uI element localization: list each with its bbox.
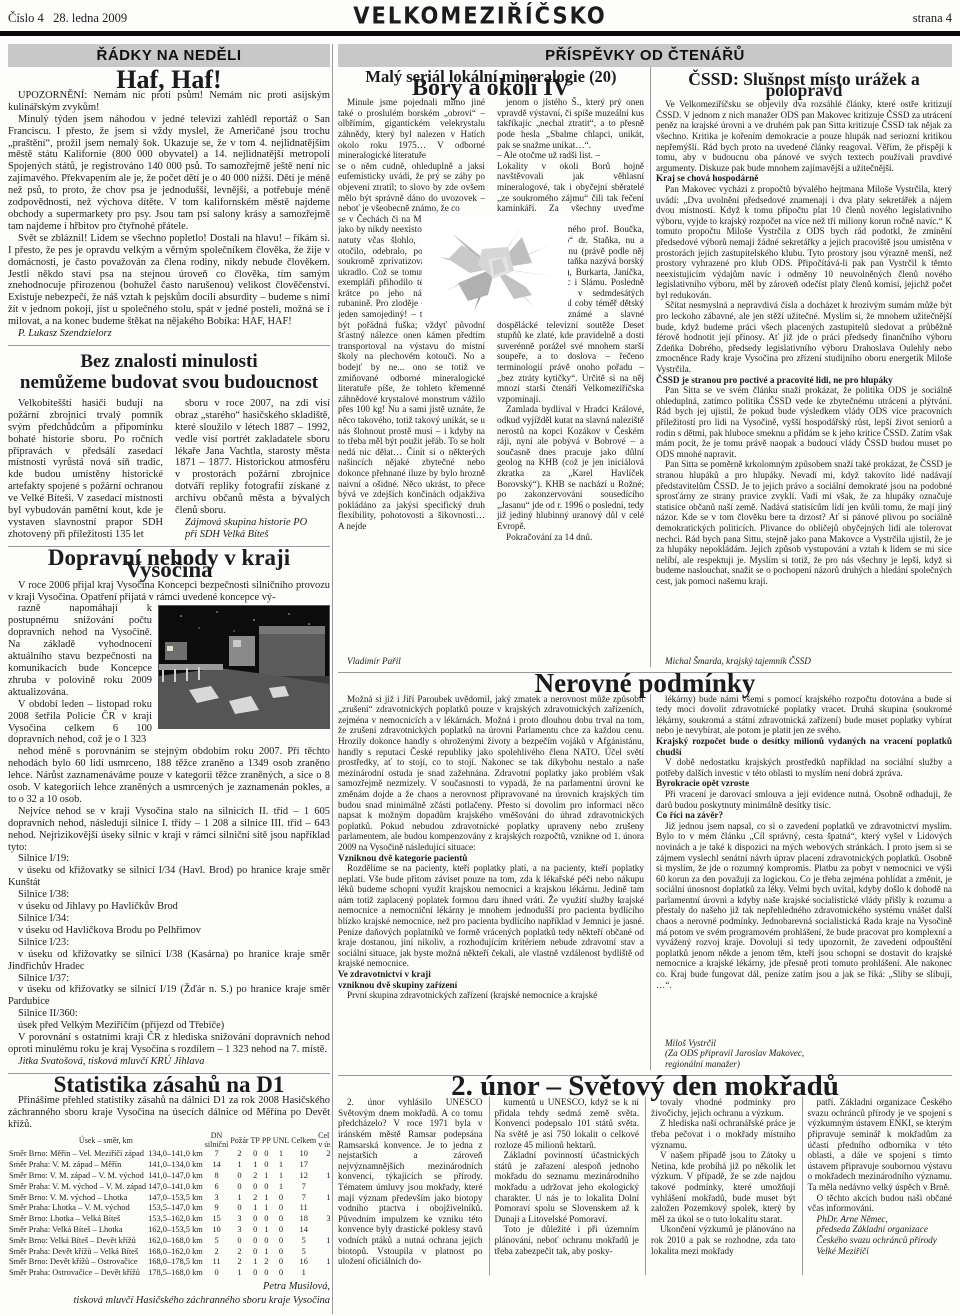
table-row: Směr Brno: V. M. východ – Lhotka147,0–15… <box>8 1193 330 1204</box>
article-cssd-signature: Michal Šmarda, krajský tajemník ČSSD <box>656 656 952 667</box>
table-cell: 1 <box>229 1160 249 1171</box>
cssd-p2: Pan Makovec vychází z propočtů bývalého … <box>656 184 952 301</box>
table-cell: 1 <box>272 1182 290 1193</box>
article-nehody-after-text: nehod méně s porovnáním se stejným obdob… <box>8 746 330 853</box>
col-header-usek: Úsek – směr, km <box>8 1132 204 1149</box>
table-cell: 168,0–162,0 km <box>147 1247 204 1258</box>
table-cell: 2 <box>229 1257 249 1268</box>
mokrady-signature1: PhDr. Arne Němec, <box>808 1214 953 1225</box>
table-cell: 2 <box>229 1247 249 1258</box>
article-nehody-beside-text: razně napomáhají k postupnému snižování … <box>8 603 152 746</box>
article-bez-signature2: při SDH Velká Bíteš <box>175 529 330 541</box>
article-bez-title: Bez znalosti minulosti nemůžeme budovat … <box>8 351 330 393</box>
article-nerovne-signature1: Miloš Vystrčil <box>656 1038 952 1049</box>
table-cell: 0 <box>272 1257 290 1268</box>
table-cell: 17 <box>290 1160 317 1171</box>
paragraph: V období leden – listopad roku 2008 šetř… <box>8 699 152 747</box>
cssd-p1: Ve Velkomeziříčsku se objevily dva rozsá… <box>656 99 952 173</box>
paragraph: Velkobítešští hasiči budují na požární z… <box>8 398 163 541</box>
table-cell: 14 <box>290 1225 317 1236</box>
table-cell: Směr Brno: V. M. západ – V. M. východ <box>8 1171 147 1182</box>
article-bory-signature: Vladimír Pařil <box>338 656 644 667</box>
bory-col2-top: jenom o jistého Š., který prý onen vprav… <box>497 97 644 150</box>
table-cell: 27 <box>317 1149 330 1160</box>
paragraph: v úseku od Havlíčkova Brodu po Pelhřimov <box>8 925 330 937</box>
table-cell: Směr Brno: Lhotka – Velká Bíteš <box>8 1214 147 1225</box>
article-nerovne-signature3: regionální manažer) <box>656 1059 952 1070</box>
table-cell: 6 <box>204 1182 230 1193</box>
table-cell: Směr Praha: Devět křížů – Velká Bíteš <box>8 1247 147 1258</box>
col-header-pp: PP <box>261 1132 272 1149</box>
table-cell: 1 <box>229 1193 249 1204</box>
article-statistika-intro: Přinášíme přehled statistiky zásahů na d… <box>8 1095 330 1131</box>
table-cell: 0 <box>272 1193 290 1204</box>
section-header-prispevky: PŘÍSPĚVKY OD ČTENÁŘŮ <box>338 44 952 67</box>
article-bez-signature1: Zájmová skupina historie PO <box>175 517 330 529</box>
left-column: ŘÁDKY NA NEDĚLI Haf, Haf! UPOZORNĚNÍ: Ne… <box>8 44 330 1314</box>
table-cell: 0 <box>261 1182 272 1193</box>
table-cell: 0 <box>261 1236 272 1247</box>
nerovne-c2-subhead2: Byrokracie opět vzroste <box>656 778 952 789</box>
article-bory: Malý seriál lokální mineralogie (20) Bor… <box>338 67 644 667</box>
paragraph: Silnice I/38: <box>8 889 330 901</box>
table-cell: 32 <box>317 1214 330 1225</box>
table-cell: 2 <box>261 1257 272 1268</box>
d1-table-body: Směr Brno: Měřín – Vel. Meziříčí západ13… <box>8 1149 330 1279</box>
table-cell: 5 <box>204 1236 230 1247</box>
table-cell: 18 <box>290 1214 317 1225</box>
table-cell: 3 <box>229 1214 249 1225</box>
col-header-celkem: Celkem <box>290 1132 317 1149</box>
table-cell: 7 <box>290 1182 317 1193</box>
table-row: Směr Praha: V. M. východ – V. M. západ14… <box>8 1182 330 1193</box>
table-row: Směr Brno: Lhotka – Velká Bíteš153,5–162… <box>8 1214 330 1225</box>
nerovne-c2-p4: Již jednou jsem napsal, co si o zavedení… <box>656 821 952 991</box>
article-cssd-title: ČSSD: Slušnost místo urážek a polopravd <box>656 74 952 95</box>
article-bez-title-line2: nemůžeme budovat svou budoucnost <box>20 372 318 393</box>
article-mokrady: 2. únor – Světový den mokřadů 2. únor vy… <box>338 1081 952 1276</box>
table-cell: 0 <box>261 1268 272 1279</box>
article-nehody-intro: V roce 2006 přijal kraj Vysočina Koncepc… <box>8 580 330 604</box>
article-nerovne-col2: lékárny) bude námi všemi s pomocí krajsk… <box>650 694 952 1070</box>
table-cell: 141,0–134,0 km <box>147 1160 204 1171</box>
table-row: Směr Brno: V. M. západ – V. M. východ141… <box>8 1171 330 1182</box>
nerovne-c1-p1: Možná si již i Jiří Paroubek uvědomil, j… <box>338 694 644 853</box>
article-haf-body: UPOZORNĚNÍ: Nemám nic proti psům! Nemám … <box>8 90 330 328</box>
table-row: Směr Praha: Lhotka – V. M. východ153,5–1… <box>8 1203 330 1214</box>
table-cell: Směr Praha: V. M. východ – V. M. západ <box>8 1182 147 1193</box>
masthead-rule <box>0 31 960 36</box>
table-cell <box>317 1225 330 1236</box>
paragraph: Silnice I/23: <box>8 937 330 949</box>
table-cell: 0 <box>272 1225 290 1236</box>
paragraph: tovaly vhodné podmínky pro živočichy, je… <box>651 1097 796 1118</box>
table-cell: 10 <box>290 1149 317 1160</box>
table-cell: Směr Praha: V. M. západ – Měřín <box>8 1160 147 1171</box>
paragraph: Silnice II/360: <box>8 1008 330 1020</box>
table-cell: 0 <box>261 1160 272 1171</box>
article-nerovne-title: Nerovné podmínky <box>338 678 952 689</box>
table-cell: Směr Brno: Měřín – Vel. Meziříčí západ <box>8 1149 147 1160</box>
article-statistika: Statistika zásahů na D1 Přinášíme přehle… <box>8 1079 330 1307</box>
table-cell: 1 <box>250 1203 261 1214</box>
article-bez-col2: sboru v roce 2007, na zdi visí obraz „st… <box>175 398 330 541</box>
article-nehody-roads-list: Silnice I/19:v úseku od křižovatky se si… <box>8 853 330 1032</box>
paragraph: Ukončení výzkumů je plánováno na rok 201… <box>651 1224 796 1256</box>
paragraph: v úseku od křižovatky se silnicí I/38 (K… <box>8 949 330 973</box>
article-nerovne-columns: Možná si již i Jiří Paroubek uvědomil, j… <box>338 694 952 1070</box>
table-row: Směr Brno: Měřín – Vel. Meziříčí západ13… <box>8 1149 330 1160</box>
column-divider <box>332 44 333 1314</box>
table-cell: Směr Brno: Velká Bíteš – Devět křížů <box>8 1236 147 1247</box>
cssd-p5: Pan Sitta se poměrně krkolomným způsobem… <box>656 459 952 586</box>
table-cell: 0 <box>229 1203 249 1214</box>
table-cell: 0 <box>261 1214 272 1225</box>
article-bez-columns: Velkobítešští hasiči budují na požární z… <box>8 398 330 541</box>
table-cell: 3 <box>204 1193 230 1204</box>
article-bory-body: Minule jsme pojednali mimo jiné také o p… <box>338 97 644 656</box>
paragraph: O těchto akcích budou naši občané včas i… <box>808 1193 953 1214</box>
paragraph: razně napomáhají k postupnému snižování … <box>8 603 152 698</box>
table-cell: 11 <box>204 1257 230 1268</box>
article-nehody-photo-row: razně napomáhají k postupnému snižování … <box>8 603 330 746</box>
table-cell: 0 <box>229 1182 249 1193</box>
col-header-pozar: Požár <box>229 1132 249 1149</box>
paragraph: v úseku od křižovatky se silnicí I/34 (H… <box>8 865 330 889</box>
d1-table-header: Úsek – směr, km DN silniční Požár TP PP … <box>8 1132 330 1149</box>
paragraph: Minulý týden jsem náhodou v jedné televi… <box>8 114 330 233</box>
table-cell: 0 <box>272 1214 290 1225</box>
table-cell: 14 <box>204 1160 230 1171</box>
table-cell: 1 <box>290 1268 317 1279</box>
nerovne-c1-p2: Rozdělíme se na pacienty, kteří poplatky… <box>338 863 644 969</box>
nerovne-c2-subhead1: Krajský rozpočet bude o desítky milionů … <box>656 736 952 757</box>
cssd-p4: Pan Sitta se ve svém článku snaží prokáz… <box>656 385 952 459</box>
table-row: Směr Praha: V. M. západ – Měřín141,0–134… <box>8 1160 330 1171</box>
table-cell: 141,0–147,0 km <box>147 1171 204 1182</box>
section-header-radky: ŘÁDKY NA NEDĚLI <box>8 44 330 67</box>
table-cell: Směr Brno: Devět křížů – Ostrovačice <box>8 1257 147 1268</box>
table-cell: 153,5–162,0 km <box>147 1214 204 1225</box>
table-row: Směr Praha: Devět křížů – Velká Bíteš168… <box>8 1247 330 1258</box>
table-cell: 2 <box>250 1171 261 1182</box>
col-header-unl: UNL <box>272 1132 290 1149</box>
table-cell: 3 <box>229 1225 249 1236</box>
table-cell: 0 <box>250 1247 261 1258</box>
table-cell: 11 <box>290 1203 317 1214</box>
table-cell <box>317 1160 330 1171</box>
nerovne-c2-p3: Při vracení je darovací smlouva a její e… <box>656 789 952 810</box>
top-article-pair: Malý seriál lokální mineralogie (20) Bor… <box>338 67 952 667</box>
table-row: Směr Praha: Ostrovačice – Devět křížů178… <box>8 1268 330 1279</box>
article-bez-title-line1: Bez znalosti minulosti <box>80 351 257 372</box>
cssd-subhead-2: ČSSD je stranou pro poctivé a pracovité … <box>656 375 952 386</box>
article-nerovne-col1: Možná si již i Jiří Paroubek uvědomil, j… <box>338 694 644 1070</box>
table-cell: 153,5–147,0 km <box>147 1203 204 1214</box>
mokrady-signature4: Velké Meziříčí <box>808 1246 953 1257</box>
table-cell: 168,0–178,5 km <box>147 1257 204 1268</box>
table-cell: 147,0–141,0 km <box>147 1182 204 1193</box>
article-nerovne-col2-body: lékárny) bude námi všemi s pomocí krajsk… <box>656 694 952 1038</box>
paragraph: UPOZORNĚNÍ: Nemám nic proti psům! Nemám … <box>8 90 330 114</box>
separator <box>8 345 330 346</box>
table-cell: 0 <box>229 1171 249 1182</box>
article-nehody-signature: Jitka Svatošová, tisková mluvčí KRÚ Jihl… <box>8 1056 330 1068</box>
paragraph: Silnice I/34: <box>8 913 330 925</box>
table-cell: 0 <box>272 1268 290 1279</box>
paragraph: V našem případě jsou to Zátoky u Netína,… <box>651 1150 796 1224</box>
masthead: Číslo 4 28. ledna 2009 VELKOMEZIŘÍČSKO s… <box>8 4 952 30</box>
article-statistika-signature1: Petra Musilová, <box>8 1281 330 1293</box>
table-cell: 17 <box>317 1257 330 1268</box>
newspaper-title: VELKOMEZIŘÍČSKO <box>8 3 952 29</box>
table-cell: 162,0–168,0 km <box>147 1236 204 1247</box>
table-cell: 10 <box>317 1236 330 1247</box>
article-bez-col1: Velkobítešští hasiči budují na požární z… <box>8 398 163 541</box>
cssd-p3: Sčítat nesmyslná a nepravdivá čísla a do… <box>656 300 952 374</box>
right-section: PŘÍSPĚVKY OD ČTENÁŘŮ Malý seriál lokální… <box>338 44 952 1314</box>
table-cell: 1 <box>272 1160 290 1171</box>
table-cell: 2 <box>250 1193 261 1204</box>
article-nehody: Dopravní nehody v kraji Vysočina V roce … <box>8 552 330 1068</box>
nerovne-c2-subhead3: Co říci na závěr? <box>656 810 952 821</box>
table-cell: 1 <box>261 1225 272 1236</box>
page-number: strana 4 <box>913 11 952 26</box>
paragraph: 2. únor vyhlásilo UNESCO Světovým dnem m… <box>338 1097 483 1267</box>
article-nerovne-signature2: (Za ODS připravil Jaroslav Makovec, <box>656 1048 952 1059</box>
mokrady-col1: 2. únor vyhlásilo UNESCO Světovým dnem m… <box>338 1097 483 1275</box>
table-cell: 5 <box>290 1236 317 1247</box>
accident-photo <box>158 605 330 729</box>
paragraph: Svět se zbláznil! Lidem se všechno pople… <box>8 233 330 328</box>
table-row: Směr Brno: Velká Bíteš – Devět křížů162,… <box>8 1236 330 1247</box>
article-nehody-title: Dopravní nehody v kraji Vysočina <box>8 552 330 576</box>
table-cell: 2 <box>229 1149 249 1160</box>
table-cell: 0 <box>250 1236 261 1247</box>
bory-col1-top: Minule jsme pojednali mimo jiné také o p… <box>338 97 485 161</box>
paragraph: Silnice I/19: <box>8 853 330 865</box>
table-cell: 19 <box>317 1171 330 1182</box>
nerovne-c1-subhead2a: Ve zdravotnictví v kraji <box>338 969 644 980</box>
table-cell: 0 <box>261 1149 272 1160</box>
table-cell: 134,0–141,0 km <box>147 1149 204 1160</box>
paragraph: Nejvíce nehod se v kraji Vysočina stalo … <box>8 806 330 854</box>
table-cell: 10 <box>204 1225 230 1236</box>
table-cell: 1 <box>250 1160 261 1171</box>
nerovne-c1-subhead2b: vzniknou dvě skupiny zařízení <box>338 980 644 991</box>
mineral-photo <box>422 215 568 321</box>
table-cell: 7 <box>204 1149 230 1160</box>
nerovne-c1-p3: První skupina zdravotnických zařízení (k… <box>338 990 644 1001</box>
mokrady-col3: tovaly vhodné podmínky pro živočichy, je… <box>645 1097 796 1275</box>
mokrady-signature3: Českého svazu ochránců přírody <box>808 1235 953 1246</box>
paragraph: sboru v roce 2007, na zdi visí obraz „st… <box>175 398 330 517</box>
nerovne-c1-subhead1: Vzniknou dvě kategorie pacientů <box>338 853 644 864</box>
paragraph: patří. Základní organizace Českého svazu… <box>808 1097 953 1192</box>
paragraph: nehod méně s porovnáním se stejným obdob… <box>8 746 330 806</box>
table-cell: 0 <box>229 1236 249 1247</box>
table-cell: 0 <box>250 1182 261 1193</box>
table-cell: 18 <box>317 1193 330 1204</box>
bory-col2-p2: Zamlada bydlíval v Hradci Králové, odkud… <box>497 404 644 531</box>
table-row: Směr Brno: Devět křížů – Ostrovačice168,… <box>8 1257 330 1268</box>
table-cell: 1 <box>229 1268 249 1279</box>
table-cell: 1 <box>261 1171 272 1182</box>
article-cssd-body: Ve Velkomeziříčsku se objevily dva rozsá… <box>656 99 952 656</box>
table-cell: 1 <box>261 1247 272 1258</box>
article-haf-title: Haf, Haf! <box>8 74 330 86</box>
col-header-tp: TP <box>250 1132 261 1149</box>
table-cell: 1 <box>261 1193 272 1204</box>
article-haf: Haf, Haf! UPOZORNĚNÍ: Nemám nic proti ps… <box>8 74 330 340</box>
bory-col2-centerline: – Ale otočme už radši list. – <box>497 150 644 161</box>
table-cell: 0 <box>250 1214 261 1225</box>
bory-col2-p3: Pokračování za 14 dnů. <box>497 532 644 543</box>
table-cell: 0 <box>272 1236 290 1247</box>
table-cell: 15 <box>204 1214 230 1225</box>
bory-col1-narrow: se o něm cudně, ohleduplně a jaksi eufem… <box>338 161 485 214</box>
paragraph: kumentů u UNESCO, když se k ní přidala t… <box>495 1097 640 1150</box>
article-statistika-signature2: tisková mluvčí Hasičského záchranného sb… <box>8 1295 330 1307</box>
d1-statistics-table: Úsek – směr, km DN silniční Požár TP PP … <box>8 1132 330 1279</box>
table-cell: 1 <box>272 1171 290 1182</box>
table-cell <box>317 1268 330 1279</box>
cssd-subhead-1: Kraj se chová hospodárně <box>656 173 952 184</box>
paragraph: Silnice I/37: <box>8 973 330 985</box>
article-statistika-title: Statistika zásahů na D1 <box>8 1079 330 1091</box>
table-cell: 162,0–153,5 km <box>147 1225 204 1236</box>
table-cell: 147,0–153,5 km <box>147 1193 204 1204</box>
table-cell: 178,5–168,0 km <box>147 1268 204 1279</box>
table-cell: Směr Praha: Ostrovačice – Devět křížů <box>8 1268 147 1279</box>
table-cell: 0 <box>272 1203 290 1214</box>
article-haf-signature: P. Lukasz Szendzielorz <box>8 328 330 340</box>
paragraph: Základní povinností účastnických států j… <box>495 1150 640 1224</box>
mokrady-col2: kumentů u UNESCO, když se k ní přidala t… <box>489 1097 640 1275</box>
col-header-celkem-useku: Celkem v úseku <box>317 1132 330 1149</box>
mokrady-col4: patří. Základní organizace Českého svazu… <box>802 1097 953 1275</box>
table-cell: 16 <box>290 1257 317 1268</box>
table-cell: Směr Praha: Velká Bíteš – Lhotka <box>8 1225 147 1236</box>
table-cell <box>317 1182 330 1193</box>
table-cell: 0 <box>250 1149 261 1160</box>
table-cell: 0 <box>204 1268 230 1279</box>
paragraph: Toto je důležité i při územním plánování… <box>495 1224 640 1256</box>
table-cell: 5 <box>290 1247 317 1258</box>
article-nehody-closing: V porovnání s ostatními kraji ČR z hledi… <box>8 1032 330 1056</box>
table-cell: 1 <box>261 1203 272 1214</box>
nerovne-c2-p1: lékárny) bude námi všemi s pomocí krajsk… <box>656 694 952 736</box>
table-cell: 0 <box>250 1268 261 1279</box>
article-bory-title: Bory a okolí IV <box>338 83 644 94</box>
paragraph: v úseku od Jihlavy po Havlíčkův Brod <box>8 901 330 913</box>
paragraph: v úseku od křižovatky se silnicí I/19 (Ž… <box>8 984 330 1008</box>
paragraph: úsek před Velkým Meziříčím (příjezd od T… <box>8 1020 330 1032</box>
mokrady-signature2: předseda Základní organizace <box>808 1224 953 1235</box>
table-cell <box>317 1247 330 1258</box>
table-cell: 1 <box>250 1257 261 1268</box>
table-cell: 0 <box>272 1247 290 1258</box>
table-cell: Směr Praha: Lhotka – V. M. východ <box>8 1203 147 1214</box>
col-header-dn: DN silniční <box>204 1132 230 1149</box>
article-bez-col2-text: sboru v roce 2007, na zdi visí obraz „st… <box>175 398 330 517</box>
article-mokrady-columns: 2. únor vyhlásilo UNESCO Světovým dnem m… <box>338 1097 952 1275</box>
table-cell: 2 <box>204 1247 230 1258</box>
table-cell: 7 <box>290 1193 317 1204</box>
nerovne-c2-p2: V době nedostatku krajských prostředků n… <box>656 757 952 778</box>
table-cell: 8 <box>204 1171 230 1182</box>
article-mokrady-title: 2. únor – Světový den mokřadů <box>338 1081 952 1092</box>
table-cell <box>317 1203 330 1214</box>
article-cssd: ČSSD: Slušnost místo urážek a polopravd … <box>650 67 952 667</box>
mokrady-col4-text: patří. Základní organizace Českého svazu… <box>808 1097 953 1214</box>
table-cell: 9 <box>204 1203 230 1214</box>
paragraph: Z hlediska naší ochranářské práce je tře… <box>651 1118 796 1150</box>
table-cell: Směr Brno: V. M. východ – Lhotka <box>8 1193 147 1204</box>
table-cell: 1 <box>272 1149 290 1160</box>
article-nerovne: Nerovné podmínky Možná si již i Jiří Par… <box>338 678 952 1070</box>
table-cell: 0 <box>250 1225 261 1236</box>
article-bez-znalosti: Bez znalosti minulosti nemůžeme budovat … <box>8 351 330 541</box>
table-row: Směr Praha: Velká Bíteš – Lhotka162,0–15… <box>8 1225 330 1236</box>
newspaper-page: Číslo 4 28. ledna 2009 VELKOMEZIŘÍČSKO s… <box>0 0 960 1316</box>
table-cell: 12 <box>290 1171 317 1182</box>
